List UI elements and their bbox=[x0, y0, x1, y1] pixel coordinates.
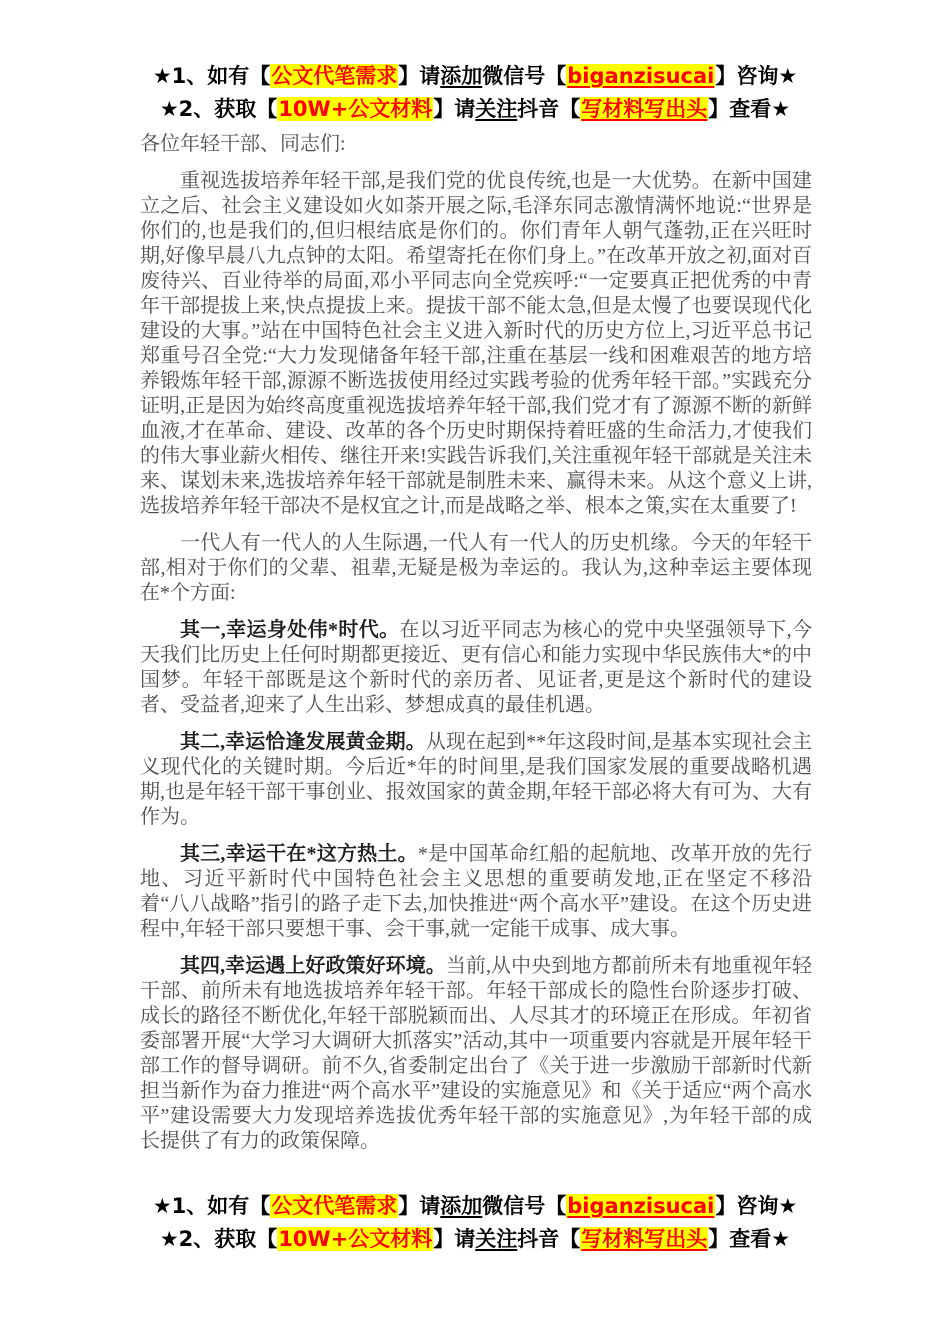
promo-line-1: ★1、如有【公文代笔需求】请添加微信号【biganzisucai】咨询★ bbox=[0, 1190, 950, 1223]
promo-text: 】查看★ bbox=[708, 97, 790, 121]
paragraph-text: 重视选拔培养年轻干部,是我们党的优良传统,也是一大优势。在新中国建立之后、社会主… bbox=[140, 170, 812, 517]
salutation: 各位年轻干部、同志们: bbox=[140, 132, 812, 157]
document-body: 各位年轻干部、同志们: 重视选拔培养年轻干部,是我们党的优良传统,也是一大优势。… bbox=[140, 132, 812, 1154]
promo-highlight-text: 公文代笔需求 bbox=[270, 1194, 398, 1218]
promo-line-2: ★2、获取【10W+公文材料】请关注抖音【写材料写出头】查看★ bbox=[0, 1223, 950, 1256]
promo-highlight-link-text: biganzisucai bbox=[566, 64, 715, 88]
promo-text: 微信号【 bbox=[482, 64, 566, 88]
paragraph: 重视选拔培养年轻干部,是我们党的优良传统,也是一大优势。在新中国建立之后、社会主… bbox=[140, 169, 812, 519]
promo-text: 】咨询★ bbox=[715, 64, 797, 88]
promo-text: 抖音【 bbox=[517, 1227, 580, 1251]
promo-text: 微信号【 bbox=[482, 1194, 566, 1218]
paragraph: 其四,幸运遇上好政策好环境。当前,从中央到地方都前所未有地重视年轻干部、前所未有… bbox=[140, 954, 812, 1154]
paragraph-lead: 其四,幸运遇上好政策好环境。 bbox=[180, 955, 446, 977]
promo-banner-bottom: ★1、如有【公文代笔需求】请添加微信号【biganzisucai】咨询★ ★2、… bbox=[0, 1190, 950, 1256]
document-page: ★1、如有【公文代笔需求】请添加微信号【biganzisucai】咨询★ ★2、… bbox=[0, 0, 950, 1344]
promo-highlight-link-text: 写材料写出头 bbox=[580, 1227, 708, 1251]
promo-banner-top: ★1、如有【公文代笔需求】请添加微信号【biganzisucai】咨询★ ★2、… bbox=[0, 0, 950, 126]
promo-underlined-text: 关注 bbox=[475, 97, 517, 121]
promo-underlined-text: 添加 bbox=[440, 64, 482, 88]
promo-text: 】请 bbox=[398, 1194, 440, 1218]
promo-highlight-text: 10W+公文材料 bbox=[277, 97, 433, 121]
promo-line-1: ★1、如有【公文代笔需求】请添加微信号【biganzisucai】咨询★ bbox=[0, 60, 950, 93]
paragraph-lead: 其一,幸运身处伟*时代。 bbox=[180, 619, 400, 641]
promo-highlight-text: 10W+公文材料 bbox=[277, 1227, 433, 1251]
promo-text: ★1、如有【 bbox=[153, 1194, 270, 1218]
promo-highlight-text: 公文代笔需求 bbox=[270, 64, 398, 88]
promo-text: 】请 bbox=[433, 97, 475, 121]
promo-text: 】请 bbox=[398, 64, 440, 88]
paragraph: 一代人有一代人的人生际遇,一代人有一代人的历史机缘。今天的年轻干部,相对于你们的… bbox=[140, 531, 812, 606]
paragraph: 其一,幸运身处伟*时代。在以习近平同志为核心的党中央坚强领导下,今天我们比历史上… bbox=[140, 618, 812, 718]
paragraph-text: 当前,从中央到地方都前所未有地重视年轻干部、前所未有地选拔培养年轻干部。年轻干部… bbox=[140, 955, 812, 1152]
promo-text: 】请 bbox=[433, 1227, 475, 1251]
promo-highlight-link-text: 写材料写出头 bbox=[580, 97, 708, 121]
promo-text: 抖音【 bbox=[517, 97, 580, 121]
promo-text: ★2、获取【 bbox=[160, 1227, 277, 1251]
paragraph-text: 一代人有一代人的人生际遇,一代人有一代人的历史机缘。今天的年轻干部,相对于你们的… bbox=[140, 532, 812, 604]
promo-underlined-text: 添加 bbox=[440, 1194, 482, 1218]
paragraphs-container: 重视选拔培养年轻干部,是我们党的优良传统,也是一大优势。在新中国建立之后、社会主… bbox=[140, 169, 812, 1154]
promo-highlight-link-text: biganzisucai bbox=[566, 1194, 715, 1218]
promo-text: 】咨询★ bbox=[715, 1194, 797, 1218]
promo-underlined-text: 关注 bbox=[475, 1227, 517, 1251]
promo-line-2: ★2、获取【10W+公文材料】请关注抖音【写材料写出头】查看★ bbox=[0, 93, 950, 126]
promo-text: ★1、如有【 bbox=[153, 64, 270, 88]
paragraph: 其二,幸运恰逢发展黄金期。从现在起到**年这段时间,是基本实现社会主义现代化的关… bbox=[140, 730, 812, 830]
paragraph-lead: 其三,幸运干在*这方热土。 bbox=[180, 843, 418, 865]
paragraph: 其三,幸运干在*这方热土。*是中国革命红船的起航地、改革开放的先行地、习近平新时… bbox=[140, 842, 812, 942]
promo-text: ★2、获取【 bbox=[160, 97, 277, 121]
paragraph-lead: 其二,幸运恰逢发展黄金期。 bbox=[180, 731, 426, 753]
promo-text: 】查看★ bbox=[708, 1227, 790, 1251]
